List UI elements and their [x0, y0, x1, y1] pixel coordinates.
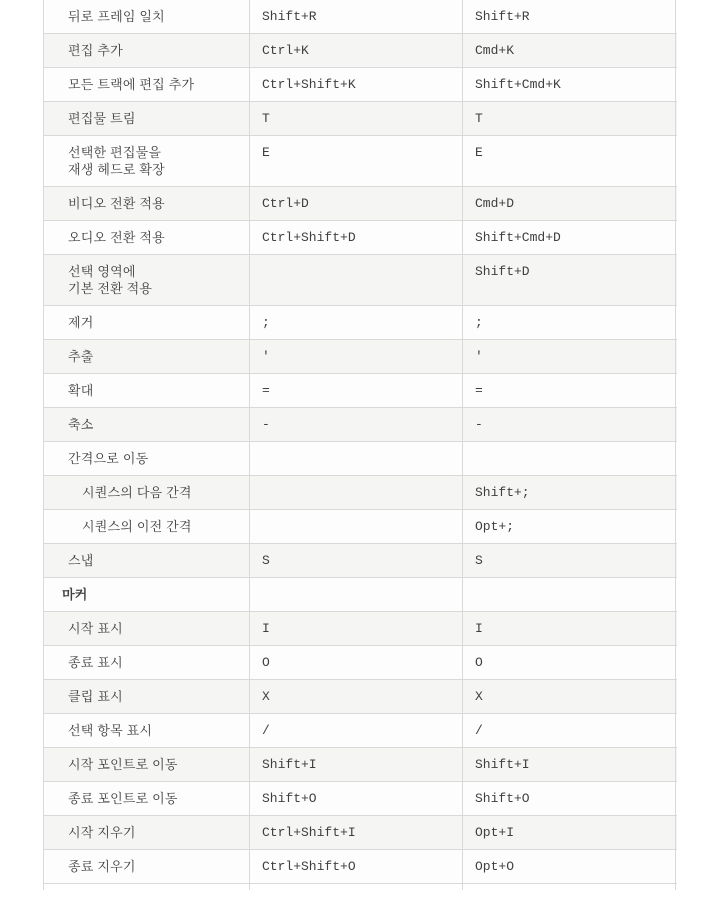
table-row: 확대 = =: [44, 374, 677, 408]
macos-shortcut-cell: Shift+;: [463, 476, 676, 509]
windows-shortcut-cell: ;: [250, 306, 463, 339]
action-cell: 뒤로 프레임 일치: [44, 0, 250, 33]
table-row: 스냅 S S: [44, 544, 677, 578]
windows-shortcut-cell: =: [250, 374, 463, 407]
windows-shortcut-cell: [250, 255, 463, 305]
macos-shortcut-cell: Shift+O: [463, 782, 676, 815]
macos-shortcut-cell: ;: [463, 306, 676, 339]
windows-shortcut-cell: I: [250, 612, 463, 645]
windows-shortcut-cell: [250, 476, 463, 509]
macos-shortcut-cell: X: [463, 680, 676, 713]
action-cell: 제거: [44, 306, 250, 339]
macos-shortcut-cell: Shift+I: [463, 748, 676, 781]
macos-shortcut-cell: T: [463, 102, 676, 135]
windows-shortcut-cell: [250, 884, 463, 890]
action-cell: [44, 884, 250, 890]
action-cell: 추출: [44, 340, 250, 373]
table-row: 선택한 편집물을 재생 헤드로 확장 E E: [44, 136, 677, 187]
table-row: 선택 영역에 기본 전환 적용 Shift+D: [44, 255, 677, 306]
table-row: 종료 포인트로 이동 Shift+O Shift+O: [44, 782, 677, 816]
table-row: 추출 ' ': [44, 340, 677, 374]
table-row: 모든 트랙에 편집 추가 Ctrl+Shift+K Shift+Cmd+K: [44, 68, 677, 102]
action-cell: 클립 표시: [44, 680, 250, 713]
macos-shortcut-cell: Opt+;: [463, 510, 676, 543]
action-cell: 시작 지우기: [44, 816, 250, 849]
table-row: 비디오 전환 적용 Ctrl+D Cmd+D: [44, 187, 677, 221]
windows-shortcut-cell: [250, 442, 463, 475]
action-cell: 오디오 전환 적용: [44, 221, 250, 254]
windows-shortcut-cell: ': [250, 340, 463, 373]
table-row: 편집물 트림 T T: [44, 102, 677, 136]
action-cell: 확대: [44, 374, 250, 407]
macos-shortcut-cell: [463, 884, 676, 890]
macos-shortcut-cell: /: [463, 714, 676, 747]
windows-shortcut-cell: X: [250, 680, 463, 713]
action-cell: 마커: [44, 578, 250, 611]
macos-shortcut-cell: Shift+Cmd+D: [463, 221, 676, 254]
macos-shortcut-cell: Opt+I: [463, 816, 676, 849]
macos-shortcut-cell: =: [463, 374, 676, 407]
windows-shortcut-cell: Ctrl+Shift+I: [250, 816, 463, 849]
table-row: 선택 항목 표시 / /: [44, 714, 677, 748]
table-row: 시작 표시 I I: [44, 612, 677, 646]
windows-shortcut-cell: Ctrl+K: [250, 34, 463, 67]
table-row: 뒤로 프레임 일치 Shift+R Shift+R: [44, 0, 677, 34]
windows-shortcut-cell: O: [250, 646, 463, 679]
table-row: 클립 표시 X X: [44, 680, 677, 714]
windows-shortcut-cell: Shift+R: [250, 0, 463, 33]
action-cell: 시퀀스의 다음 간격: [44, 476, 250, 509]
macos-shortcut-cell: S: [463, 544, 676, 577]
table-row: 편집 추가 Ctrl+K Cmd+K: [44, 34, 677, 68]
table-row: 제거 ; ;: [44, 306, 677, 340]
action-cell: 축소: [44, 408, 250, 441]
windows-shortcut-cell: [250, 578, 463, 611]
action-cell: 종료 포인트로 이동: [44, 782, 250, 815]
table-row: 시작 포인트로 이동 Shift+I Shift+I: [44, 748, 677, 782]
table-row: 오디오 전환 적용 Ctrl+Shift+D Shift+Cmd+D: [44, 221, 677, 255]
macos-shortcut-cell: ': [463, 340, 676, 373]
windows-shortcut-cell: T: [250, 102, 463, 135]
action-cell: 시작 표시: [44, 612, 250, 645]
shortcuts-table: 뒤로 프레임 일치 Shift+R Shift+R 편집 추가 Ctrl+K C…: [43, 0, 677, 890]
macos-shortcut-cell: Cmd+K: [463, 34, 676, 67]
action-cell: 모든 트랙에 편집 추가: [44, 68, 250, 101]
action-cell: 종료 지우기: [44, 850, 250, 883]
macos-shortcut-cell: Shift+R: [463, 0, 676, 33]
table-row: 간격으로 이동: [44, 442, 677, 476]
action-cell: 편집물 트림: [44, 102, 250, 135]
action-cell: 간격으로 이동: [44, 442, 250, 475]
windows-shortcut-cell: /: [250, 714, 463, 747]
macos-shortcut-cell: I: [463, 612, 676, 645]
table-row-partial: [44, 884, 677, 890]
table-row: 시퀀스의 다음 간격 Shift+;: [44, 476, 677, 510]
windows-shortcut-cell: Ctrl+Shift+D: [250, 221, 463, 254]
action-cell: 편집 추가: [44, 34, 250, 67]
macos-shortcut-cell: O: [463, 646, 676, 679]
windows-shortcut-cell: S: [250, 544, 463, 577]
action-cell: 선택한 편집물을 재생 헤드로 확장: [44, 136, 250, 186]
help-page: { "colors": { "page_background": "#fffff…: [0, 0, 720, 924]
macos-shortcut-cell: Opt+O: [463, 850, 676, 883]
macos-shortcut-cell: Cmd+D: [463, 187, 676, 220]
windows-shortcut-cell: Shift+O: [250, 782, 463, 815]
action-cell: 스냅: [44, 544, 250, 577]
table-row: 종료 표시 O O: [44, 646, 677, 680]
windows-shortcut-cell: E: [250, 136, 463, 186]
table-row: 마커: [44, 578, 677, 612]
table-row: 시작 지우기 Ctrl+Shift+I Opt+I: [44, 816, 677, 850]
windows-shortcut-cell: Shift+I: [250, 748, 463, 781]
action-cell: 시퀀스의 이전 간격: [44, 510, 250, 543]
windows-shortcut-cell: -: [250, 408, 463, 441]
table-row: 시퀀스의 이전 간격 Opt+;: [44, 510, 677, 544]
action-cell: 선택 항목 표시: [44, 714, 250, 747]
windows-shortcut-cell: Ctrl+Shift+O: [250, 850, 463, 883]
action-cell: 시작 포인트로 이동: [44, 748, 250, 781]
action-cell: 종료 표시: [44, 646, 250, 679]
table-row: 축소 - -: [44, 408, 677, 442]
windows-shortcut-cell: Ctrl+D: [250, 187, 463, 220]
windows-shortcut-cell: Ctrl+Shift+K: [250, 68, 463, 101]
macos-shortcut-cell: [463, 578, 676, 611]
macos-shortcut-cell: E: [463, 136, 676, 186]
macos-shortcut-cell: Shift+D: [463, 255, 676, 305]
macos-shortcut-cell: [463, 442, 676, 475]
macos-shortcut-cell: -: [463, 408, 676, 441]
action-cell: 선택 영역에 기본 전환 적용: [44, 255, 250, 305]
windows-shortcut-cell: [250, 510, 463, 543]
macos-shortcut-cell: Shift+Cmd+K: [463, 68, 676, 101]
action-cell: 비디오 전환 적용: [44, 187, 250, 220]
table-row: 종료 지우기 Ctrl+Shift+O Opt+O: [44, 850, 677, 884]
